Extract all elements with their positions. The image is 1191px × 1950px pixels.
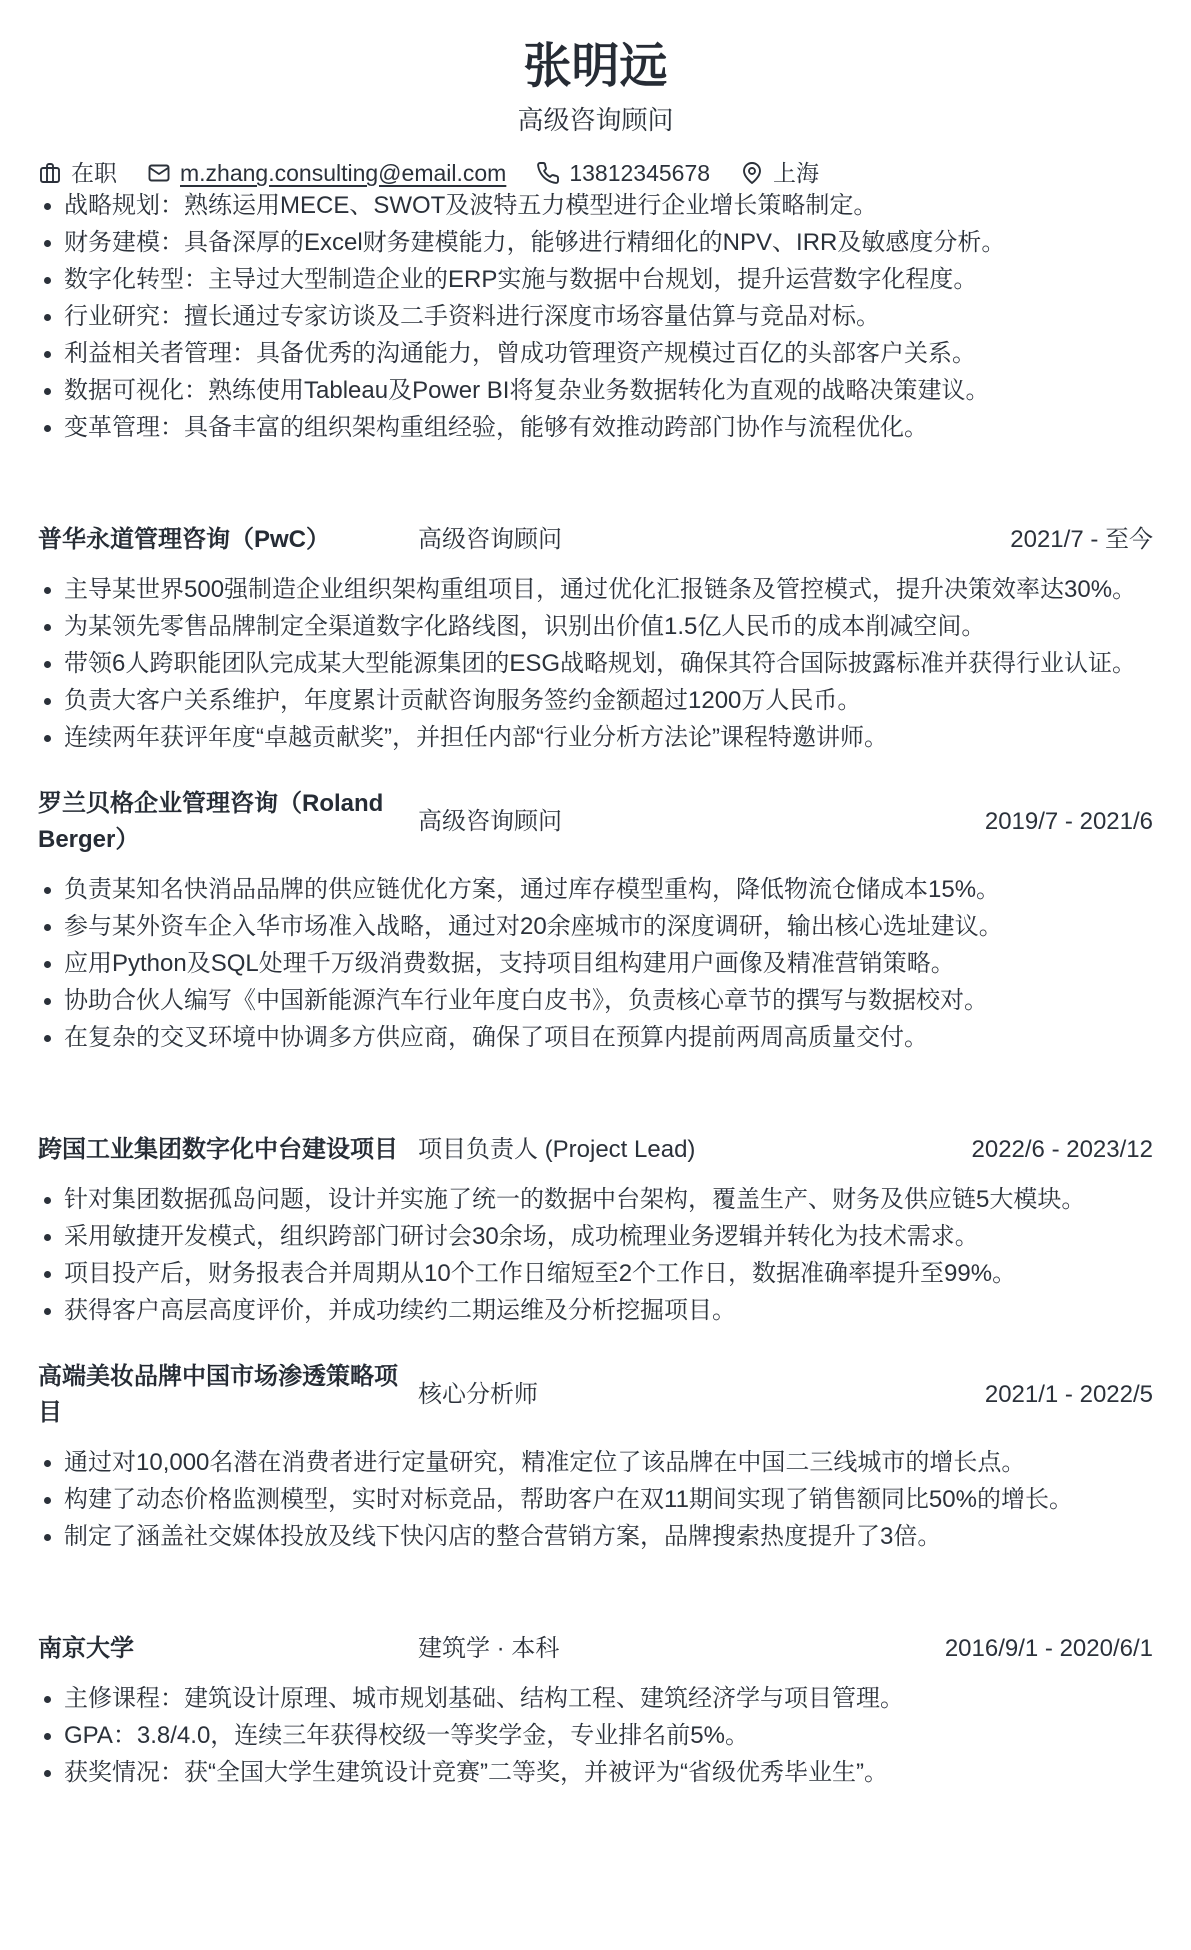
phone-icon [536, 161, 560, 185]
summary-bullet: 数据可视化：熟练使用Tableau及Power BI将复杂业务数据转化为直观的战… [38, 373, 1153, 409]
entry-bullet: 带领6人跨职能团队完成某大型能源集团的ESG战略规划，确保其符合国际披露标准并获… [38, 646, 1153, 682]
contact-item: 在职 [38, 158, 117, 188]
entry-bullets: 针对集团数据孤岛问题，设计并实施了统一的数据中台架构，覆盖生产、财务及供应链5大… [38, 1182, 1153, 1329]
entry: 高端美妆品牌中国市场渗透策略项目核心分析师2021/1 - 2022/5通过对1… [38, 1359, 1153, 1555]
contact-text: 上海 [773, 158, 819, 188]
entry-bullet: 连续两年获评年度“卓越贡献奖”，并担任内部“行业分析方法论”课程特邀讲师。 [38, 720, 1153, 756]
entry-date: 2016/9/1 - 2020/6/1 [945, 1631, 1153, 1667]
mail-icon [147, 161, 171, 185]
section-education: 南京大学建筑学 · 本科2016/9/1 - 2020/6/1主修课程：建筑设计… [38, 1631, 1153, 1791]
summary-bullet: 财务建模：具备深厚的Excel财务建模能力，能够进行精细化的NPV、IRR及敏感… [38, 225, 1153, 261]
entry-bullet: 参与某外资车企入华市场准入战略，通过对20余座城市的深度调研，输出核心选址建议。 [38, 909, 1153, 945]
entry-bullets: 主修课程：建筑设计原理、城市规划基础、结构工程、建筑经济学与项目管理。GPA：3… [38, 1681, 1153, 1791]
summary-bullet: 战略规划：熟练运用MECE、SWOT及波特五力模型进行企业增长策略制定。 [38, 188, 1153, 224]
entry-date: 2019/7 - 2021/6 [985, 804, 1153, 840]
entry-bullet: 为某领先零售品牌制定全渠道数字化路线图，识别出价值1.5亿人民币的成本削减空间。 [38, 609, 1153, 645]
entry-org: 跨国工业集团数字化中台建设项目 [38, 1132, 418, 1168]
entry-header: 南京大学建筑学 · 本科2016/9/1 - 2020/6/1 [38, 1631, 1153, 1667]
entry-date: 2021/1 - 2022/5 [985, 1377, 1153, 1413]
entry-bullet: 在复杂的交叉环境中协调多方供应商，确保了项目在预算内提前两周高质量交付。 [38, 1020, 1153, 1056]
entry-bullet: 主修课程：建筑设计原理、城市规划基础、结构工程、建筑经济学与项目管理。 [38, 1681, 1153, 1717]
entry-org: 高端美妆品牌中国市场渗透策略项目 [38, 1359, 418, 1431]
entry-bullet: 制定了涵盖社交媒体投放及线下快闪店的整合营销方案，品牌搜索热度提升了3倍。 [38, 1519, 1153, 1555]
section-experience: 普华永道管理咨询（PwC）高级咨询顾问2021/7 - 至今主导某世界500强制… [38, 522, 1153, 1056]
summary-bullet: 利益相关者管理：具备优秀的沟通能力，曾成功管理资产规模过百亿的头部客户关系。 [38, 336, 1153, 372]
entry-role: 建筑学 · 本科 [418, 1631, 945, 1667]
summary-bullet: 行业研究：擅长通过专家访谈及二手资料进行深度市场容量估算与竞品对标。 [38, 299, 1153, 335]
contact-link[interactable]: m.zhang.consulting@email.com [180, 158, 506, 188]
entry-bullet: 通过对10,000名潜在消费者进行定量研究，精准定位了该品牌在中国二三线城市的增… [38, 1445, 1153, 1481]
entry-bullets: 通过对10,000名潜在消费者进行定量研究，精准定位了该品牌在中国二三线城市的增… [38, 1445, 1153, 1555]
resume-page: 张明远 高级咨询顾问 在职m.zhang.consulting@email.co… [0, 0, 1191, 1950]
summary-list: 战略规划：熟练运用MECE、SWOT及波特五力模型进行企业增长策略制定。财务建模… [38, 188, 1153, 446]
map-pin-icon [740, 161, 764, 185]
briefcase-icon [38, 161, 62, 185]
entry: 罗兰贝格企业管理咨询（Roland Berger）高级咨询顾问2019/7 - … [38, 786, 1153, 1056]
entry-bullet: 主导某世界500强制造企业组织架构重组项目，通过优化汇报链条及管控模式，提升决策… [38, 572, 1153, 608]
entry: 跨国工业集团数字化中台建设项目项目负责人 (Project Lead)2022/… [38, 1132, 1153, 1329]
entry-date: 2021/7 - 至今 [1010, 522, 1153, 558]
candidate-title: 高级咨询顾问 [38, 104, 1153, 136]
entry-bullet: 获奖情况：获“全国大学生建筑设计竞赛”二等奖，并被评为“省级优秀毕业生”。 [38, 1755, 1153, 1791]
contact-item: 上海 [740, 158, 819, 188]
contact-text: 13812345678 [569, 158, 710, 188]
entry-bullet: 协助合伙人编写《中国新能源汽车行业年度白皮书》，负责核心章节的撰写与数据校对。 [38, 983, 1153, 1019]
entry-bullet: 获得客户高层高度评价，并成功续约二期运维及分析挖掘项目。 [38, 1293, 1153, 1329]
entry-header: 普华永道管理咨询（PwC）高级咨询顾问2021/7 - 至今 [38, 522, 1153, 558]
entry-role: 项目负责人 (Project Lead) [418, 1132, 972, 1168]
entry-role: 高级咨询顾问 [418, 804, 985, 840]
contact-item: 13812345678 [536, 158, 710, 188]
entry-bullet: 针对集团数据孤岛问题，设计并实施了统一的数据中台架构，覆盖生产、财务及供应链5大… [38, 1182, 1153, 1218]
entry-header: 罗兰贝格企业管理咨询（Roland Berger）高级咨询顾问2019/7 - … [38, 786, 1153, 858]
entry-bullet: 项目投产后，财务报表合并周期从10个工作日缩短至2个工作日，数据准确率提升至99… [38, 1256, 1153, 1292]
entry-org: 普华永道管理咨询（PwC） [38, 522, 418, 558]
entry-bullets: 主导某世界500强制造企业组织架构重组项目，通过优化汇报链条及管控模式，提升决策… [38, 572, 1153, 756]
contact-row: 在职m.zhang.consulting@email.com1381234567… [38, 158, 1153, 188]
section-projects: 跨国工业集团数字化中台建设项目项目负责人 (Project Lead)2022/… [38, 1132, 1153, 1555]
entry-date: 2022/6 - 2023/12 [972, 1132, 1154, 1168]
entry-org: 罗兰贝格企业管理咨询（Roland Berger） [38, 786, 418, 858]
contact-text: 在职 [71, 158, 117, 188]
entry-role: 核心分析师 [418, 1377, 985, 1413]
entry-header: 跨国工业集团数字化中台建设项目项目负责人 (Project Lead)2022/… [38, 1132, 1153, 1168]
entry-bullet: GPA：3.8/4.0，连续三年获得校级一等奖学金，专业排名前5%。 [38, 1718, 1153, 1754]
entry-bullet: 应用Python及SQL处理千万级消费数据，支持项目组构建用户画像及精准营销策略… [38, 946, 1153, 982]
entry-bullets: 负责某知名快消品品牌的供应链优化方案，通过库存模型重构，降低物流仓储成本15%。… [38, 872, 1153, 1056]
entry-bullet: 采用敏捷开发模式，组织跨部门研讨会30余场，成功梳理业务逻辑并转化为技术需求。 [38, 1219, 1153, 1255]
entry-bullet: 负责某知名快消品品牌的供应链优化方案，通过库存模型重构，降低物流仓储成本15%。 [38, 872, 1153, 908]
summary-bullet: 变革管理：具备丰富的组织架构重组经验，能够有效推动跨部门协作与流程优化。 [38, 410, 1153, 446]
entry-header: 高端美妆品牌中国市场渗透策略项目核心分析师2021/1 - 2022/5 [38, 1359, 1153, 1431]
summary-bullet: 数字化转型：主导过大型制造企业的ERP实施与数据中台规划，提升运营数字化程度。 [38, 262, 1153, 298]
entry-role: 高级咨询顾问 [418, 522, 1010, 558]
entry-org: 南京大学 [38, 1631, 418, 1667]
entry: 普华永道管理咨询（PwC）高级咨询顾问2021/7 - 至今主导某世界500强制… [38, 522, 1153, 756]
entry-bullet: 负责大客户关系维护，年度累计贡献咨询服务签约金额超过1200万人民币。 [38, 683, 1153, 719]
entry-bullet: 构建了动态价格监测模型，实时对标竞品，帮助客户在双11期间实现了销售额同比50%… [38, 1482, 1153, 1518]
resume-sections: 普华永道管理咨询（PwC）高级咨询顾问2021/7 - 至今主导某世界500强制… [38, 522, 1153, 1791]
contact-item: m.zhang.consulting@email.com [147, 158, 506, 188]
entry: 南京大学建筑学 · 本科2016/9/1 - 2020/6/1主修课程：建筑设计… [38, 1631, 1153, 1791]
candidate-name: 张明远 [38, 40, 1153, 94]
